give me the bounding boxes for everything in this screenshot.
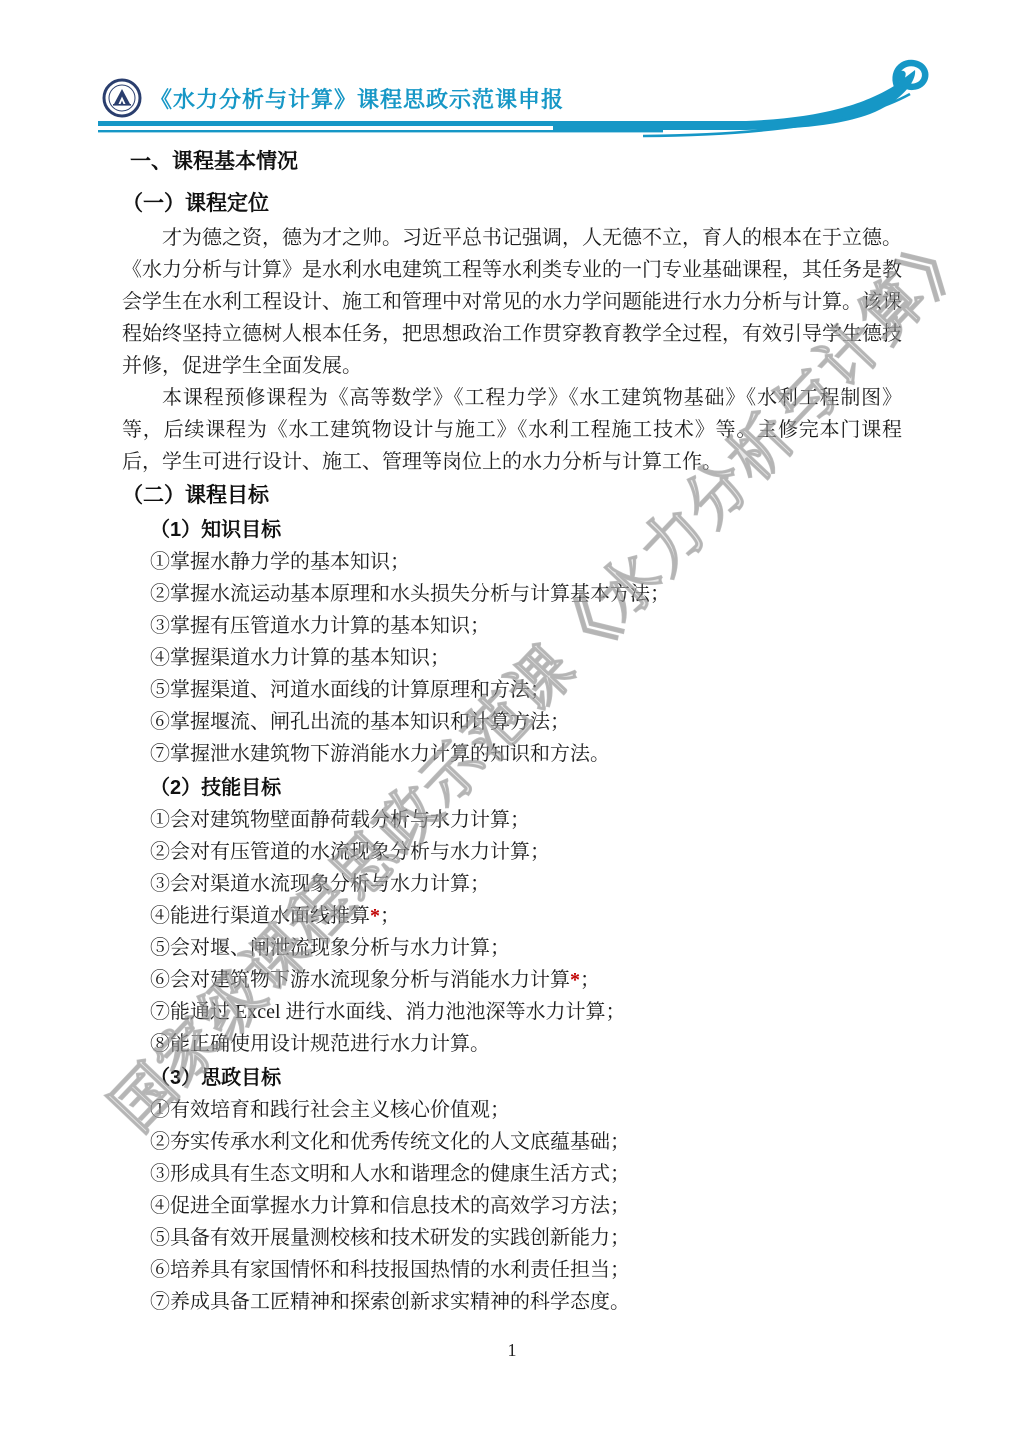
- header-title: 《水力分析与计算》课程思政示范课申报: [150, 83, 564, 114]
- objective-item: ⑦能通过 Excel 进行水面线、消力池池深等水力计算；: [122, 996, 902, 1028]
- course-position-paragraph-1: 才为德之资，德为才之帅。习近平总书记强调，人无德不立，育人的根本在于立德。《水力…: [122, 222, 902, 382]
- objective-group-knowledge: （1）知识目标 ①掌握水静力学的基本知识；②掌握水流运动基本原理和水头损失分析与…: [122, 514, 902, 770]
- objective-group-heading: （2）技能目标: [122, 772, 902, 804]
- objective-item: ⑦掌握泄水建筑物下游消能水力计算的知识和方法。: [122, 738, 902, 770]
- objective-item: ④能进行渠道水面线推算*；: [122, 900, 902, 932]
- objective-item: ③形成具有生态文明和人水和谐理念的健康生活方式；: [122, 1158, 902, 1190]
- objective-group-ideology: （3）思政目标 ①有效培育和践行社会主义核心价值观；②夯实传承水利文化和优秀传统…: [122, 1062, 902, 1318]
- objective-item: ④促进全面掌握水力计算和信息技术的高效学习方法；: [122, 1190, 902, 1222]
- page-footer: 1: [0, 1336, 1024, 1364]
- objective-item: ①有效培育和践行社会主义核心价值观；: [122, 1094, 902, 1126]
- objective-item: ②会对有压管道的水流现象分析与水力计算；: [122, 836, 902, 868]
- objective-list-ideology: ①有效培育和践行社会主义核心价值观；②夯实传承水利文化和优秀传统文化的人文底蕴基…: [122, 1094, 902, 1318]
- objective-item: ②夯实传承水利文化和优秀传统文化的人文底蕴基础；: [122, 1126, 902, 1158]
- objective-group-heading: （3）思政目标: [122, 1062, 902, 1094]
- objective-item: ⑤会对堰、闸泄流现象分析与水力计算；: [122, 932, 902, 964]
- required-asterisk: *: [370, 905, 380, 927]
- objective-list-skill: ①会对建筑物壁面静荷载分析与水力计算；②会对有压管道的水流现象分析与水力计算；③…: [122, 804, 902, 1060]
- course-position-paragraph-2: 本课程预修课程为《高等数学》《工程力学》《水工建筑物基础》《水利工程制图》等，后…: [122, 382, 902, 478]
- objective-item: ⑦养成具备工匠精神和探索创新求实精神的科学态度。: [122, 1286, 902, 1318]
- objective-item: ⑥掌握堰流、闸孔出流的基本知识和计算方法；: [122, 706, 902, 738]
- objective-item: ⑤具备有效开展量测校核和技术研发的实践创新能力；: [122, 1222, 902, 1254]
- objective-item: ⑧能正确使用设计规范进行水力计算。: [122, 1028, 902, 1060]
- objective-item: ②掌握水流运动基本原理和水头损失分析与计算基本方法；: [122, 578, 902, 610]
- subsection-course-objectives-heading: （二）课程目标: [122, 480, 902, 512]
- objective-list-knowledge: ①掌握水静力学的基本知识；②掌握水流运动基本原理和水头损失分析与计算基本方法；③…: [122, 546, 902, 770]
- objective-item: ①会对建筑物壁面静荷载分析与水力计算；: [122, 804, 902, 836]
- objective-item: ①掌握水静力学的基本知识；: [122, 546, 902, 578]
- objective-item: ⑥会对建筑物下游水流现象分析与消能水力计算*；: [122, 964, 902, 996]
- objective-item: ③会对渠道水流现象分析与水力计算；: [122, 868, 902, 900]
- objective-group-heading: （1）知识目标: [122, 514, 902, 546]
- document-content: 一、课程基本情况 （一）课程定位 才为德之资，德为才之帅。习近平总书记强调，人无…: [122, 146, 902, 1318]
- document-page: 《水力分析与计算》课程思政示范课申报 国家级课程思政示范课《水力分析与计算》 一…: [0, 0, 1024, 1448]
- page-header: 《水力分析与计算》课程思政示范课申报: [0, 0, 1024, 150]
- required-asterisk: *: [570, 969, 580, 991]
- section-heading: 一、课程基本情况: [122, 146, 902, 178]
- header-brand: 《水力分析与计算》课程思政示范课申报: [102, 78, 564, 118]
- subsection-course-position-heading: （一）课程定位: [122, 188, 902, 220]
- objective-item: ③掌握有压管道水力计算的基本知识；: [122, 610, 902, 642]
- objective-item: ⑤掌握渠道、河道水面线的计算原理和方法；: [122, 674, 902, 706]
- university-seal-logo-icon: [102, 78, 142, 118]
- objective-item: ⑥培养具有家国情怀和科技报国热情的水利责任担当；: [122, 1254, 902, 1286]
- objective-item: ④掌握渠道水力计算的基本知识；: [122, 642, 902, 674]
- objective-group-skill: （2）技能目标 ①会对建筑物壁面静荷载分析与水力计算；②会对有压管道的水流现象分…: [122, 772, 902, 1060]
- page-number: 1: [508, 1340, 517, 1360]
